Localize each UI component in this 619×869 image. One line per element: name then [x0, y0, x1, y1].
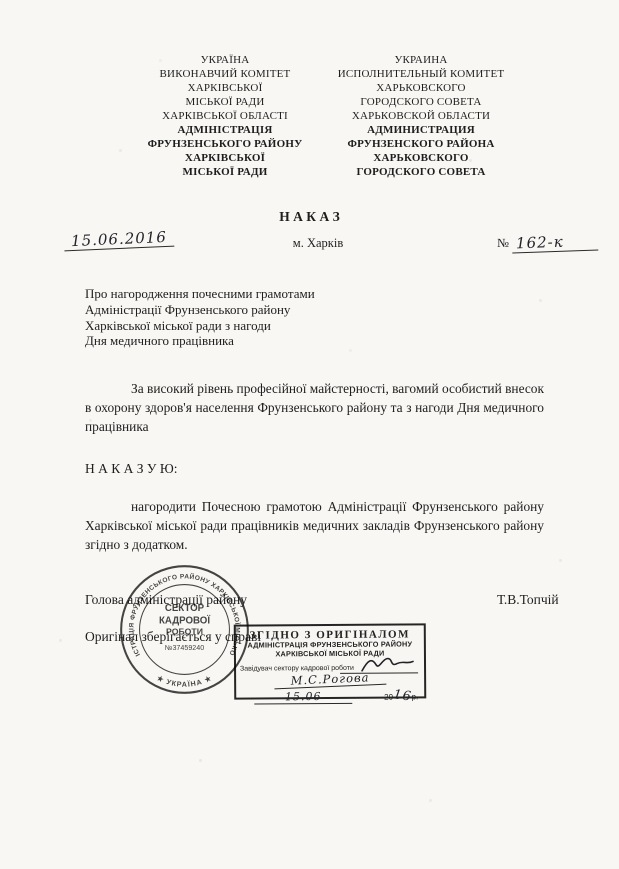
letterhead-line: ХАРЬКОВСКОЙ ОБЛАСТИ — [296, 109, 546, 123]
letterhead-line: ГОРОДСКОГО СОВЕТА — [296, 95, 546, 109]
round-stamp-center-line: СЕКТОР — [165, 603, 205, 614]
round-stamp-center-line: КАДРОВОЇ — [159, 615, 210, 626]
letterhead-line: ХАРЬКОВСКОГО — [296, 151, 546, 165]
order-number-label: № — [497, 236, 509, 250]
subject-line: Адміністрації Фрунзенського району — [85, 302, 315, 318]
letterhead-line: ИСПОЛНИТЕЛЬНЫЙ КОМИТЕТ — [296, 67, 546, 81]
letterhead-line: ХАРЬКОВСКОГО — [296, 81, 546, 95]
stamp-year-handwritten: 16 — [392, 687, 412, 704]
preamble-paragraph: За високий рівень професійної майстернос… — [85, 379, 544, 436]
order-date-handwritten: 15.06.2016 — [64, 228, 175, 252]
subject-line: Про нагородження почесними грамотами — [85, 286, 315, 302]
subject-block: Про нагородження почесними грамотами Адм… — [85, 286, 315, 349]
round-stamp-center-line: РОБОТИ — [166, 627, 203, 637]
order-city: м. Харків — [282, 236, 354, 251]
letterhead-line: ФРУНЗЕНСКОГО РАЙОНА — [296, 137, 546, 151]
order-number-handwritten: 162-к — [512, 232, 599, 254]
subject-line: Харківської міської ради з нагоди — [85, 318, 315, 334]
order-number: № 162-к — [497, 233, 598, 252]
round-stamp-country-text: ★ УКРАЇНА ★ — [155, 674, 214, 689]
svg-text:★ УКРАЇНА ★: ★ УКРАЇНА ★ — [155, 674, 214, 689]
letterhead-line: АДМИНИСТРАЦИЯ — [296, 123, 546, 137]
letterhead-russian: УКРАИНА ИСПОЛНИТЕЛЬНЫЙ КОМИТЕТ ХАРЬКОВСК… — [296, 53, 546, 179]
subject-line: Дня медичного працівника — [85, 333, 315, 349]
round-stamp-number: №37459240 — [165, 644, 204, 652]
stamp-year-suffix: р. — [412, 692, 419, 701]
decree-paragraph: нагородити Почесною грамотою Адміністрац… — [85, 497, 544, 554]
scan-noise — [0, 0, 1, 1]
letterhead-line: ГОРОДСКОГО СОВЕТА — [296, 165, 546, 179]
signer-name: Т.В.Топчій — [497, 592, 559, 608]
certification-stamp: ЗГІДНО З ОРИГІНАЛОМ АДМІНІСТРАЦІЯ ФРУНЗЕ… — [234, 623, 427, 699]
scanned-order-document: УКРАЇНА ВИКОНАВЧИЙ КОМІТЕТ ХАРКІВСЬКОЇ М… — [0, 0, 619, 869]
decree-heading: Н А К А З У Ю: — [85, 461, 177, 477]
letterhead-line: УКРАИНА — [296, 53, 546, 67]
stamp-signer-name-handwritten: М.С.Рогова — [274, 669, 387, 689]
stamp-date-handwritten: 15.06 — [254, 689, 352, 704]
order-title: Н А К А З — [0, 209, 619, 225]
